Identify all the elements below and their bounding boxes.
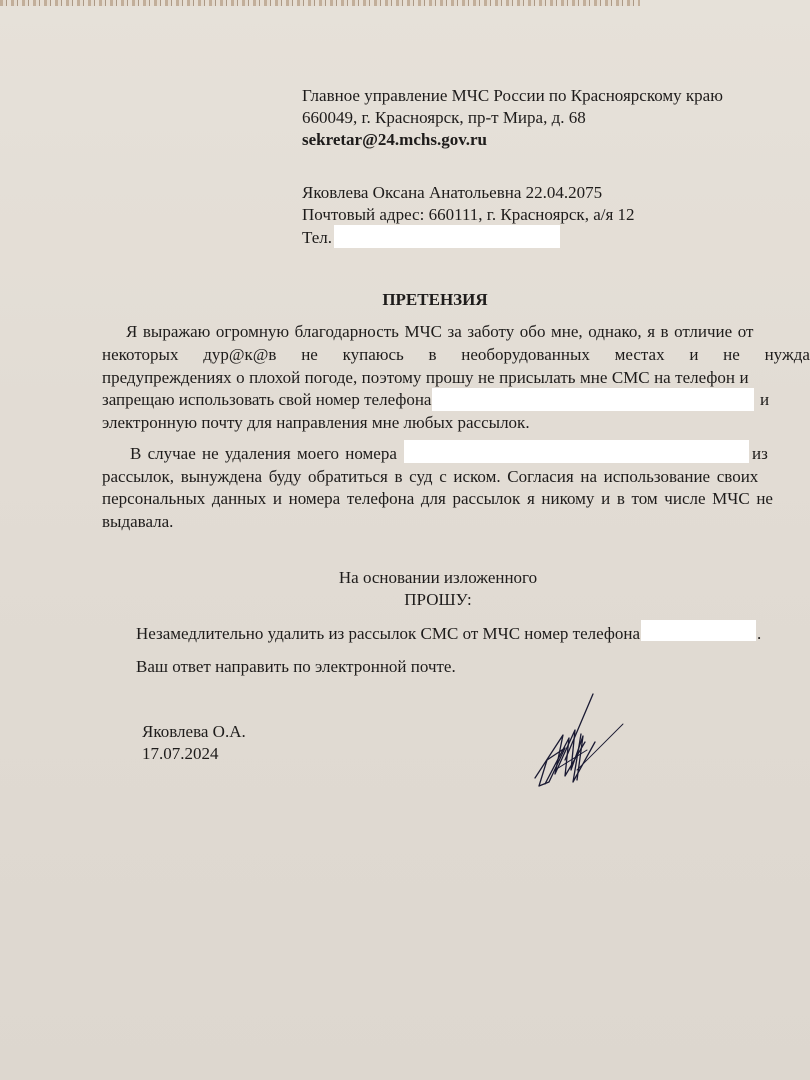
p1-line-3: предупреждениях о плохой погоде, поэтому… [102, 367, 749, 389]
p1-line-2: некоторых дур@к@в не купаюсь в необорудо… [102, 344, 810, 366]
p1-line-5: электронную почту для направления мне лю… [102, 412, 530, 434]
p2-line-1-start: В случае не удаления моего номера [130, 443, 397, 465]
p2-line-4: выдавала. [102, 511, 173, 533]
document-title: ПРЕТЕНЗИЯ [0, 289, 810, 311]
paper-sheet [0, 0, 810, 1080]
basis-line: На основании изложенного [0, 567, 810, 589]
sender-postal: Почтовый адрес: 660111, г. Красноярск, а… [302, 204, 635, 226]
p1-line-4-start: запрещаю использовать свой номер телефон… [102, 389, 431, 411]
p2-line-1-end: из [752, 443, 768, 465]
p2-line-2: рассылок, вынуждена буду обратиться в су… [102, 466, 758, 488]
torn-top-edge [0, 0, 640, 6]
request-item-2: Ваш ответ направить по электронной почте… [136, 656, 456, 678]
signature-name: Яковлева О.А. [142, 721, 246, 743]
request-item-1-end: . [757, 623, 761, 645]
p1-line-1: Я выражаю огромную благодарность МЧС за … [126, 321, 753, 343]
recipient-email: sekretar@24.mchs.gov.ru [302, 129, 487, 151]
sender-name: Яковлева Оксана Анатольевна 22.04.2075 [302, 182, 602, 204]
p2-line-3: персональных данных и номера телефона дл… [102, 488, 773, 510]
redacted-phone-box [404, 440, 749, 463]
redacted-phone-box [641, 620, 756, 641]
redacted-phone-box [432, 388, 754, 411]
request-item-1: Незамедлительно удалить из рассылок СМС … [136, 623, 640, 645]
handwritten-signature [525, 690, 635, 790]
redacted-phone-box [334, 225, 560, 248]
signature-date: 17.07.2024 [142, 743, 219, 765]
recipient-address: 660049, г. Красноярск, пр-т Мира, д. 68 [302, 107, 586, 129]
p1-line-4-end: и [760, 389, 769, 411]
recipient-org: Главное управление МЧС России по Красноя… [302, 85, 723, 107]
request-heading: ПРОШУ: [0, 589, 810, 611]
sender-phone-label: Тел. [302, 227, 332, 249]
